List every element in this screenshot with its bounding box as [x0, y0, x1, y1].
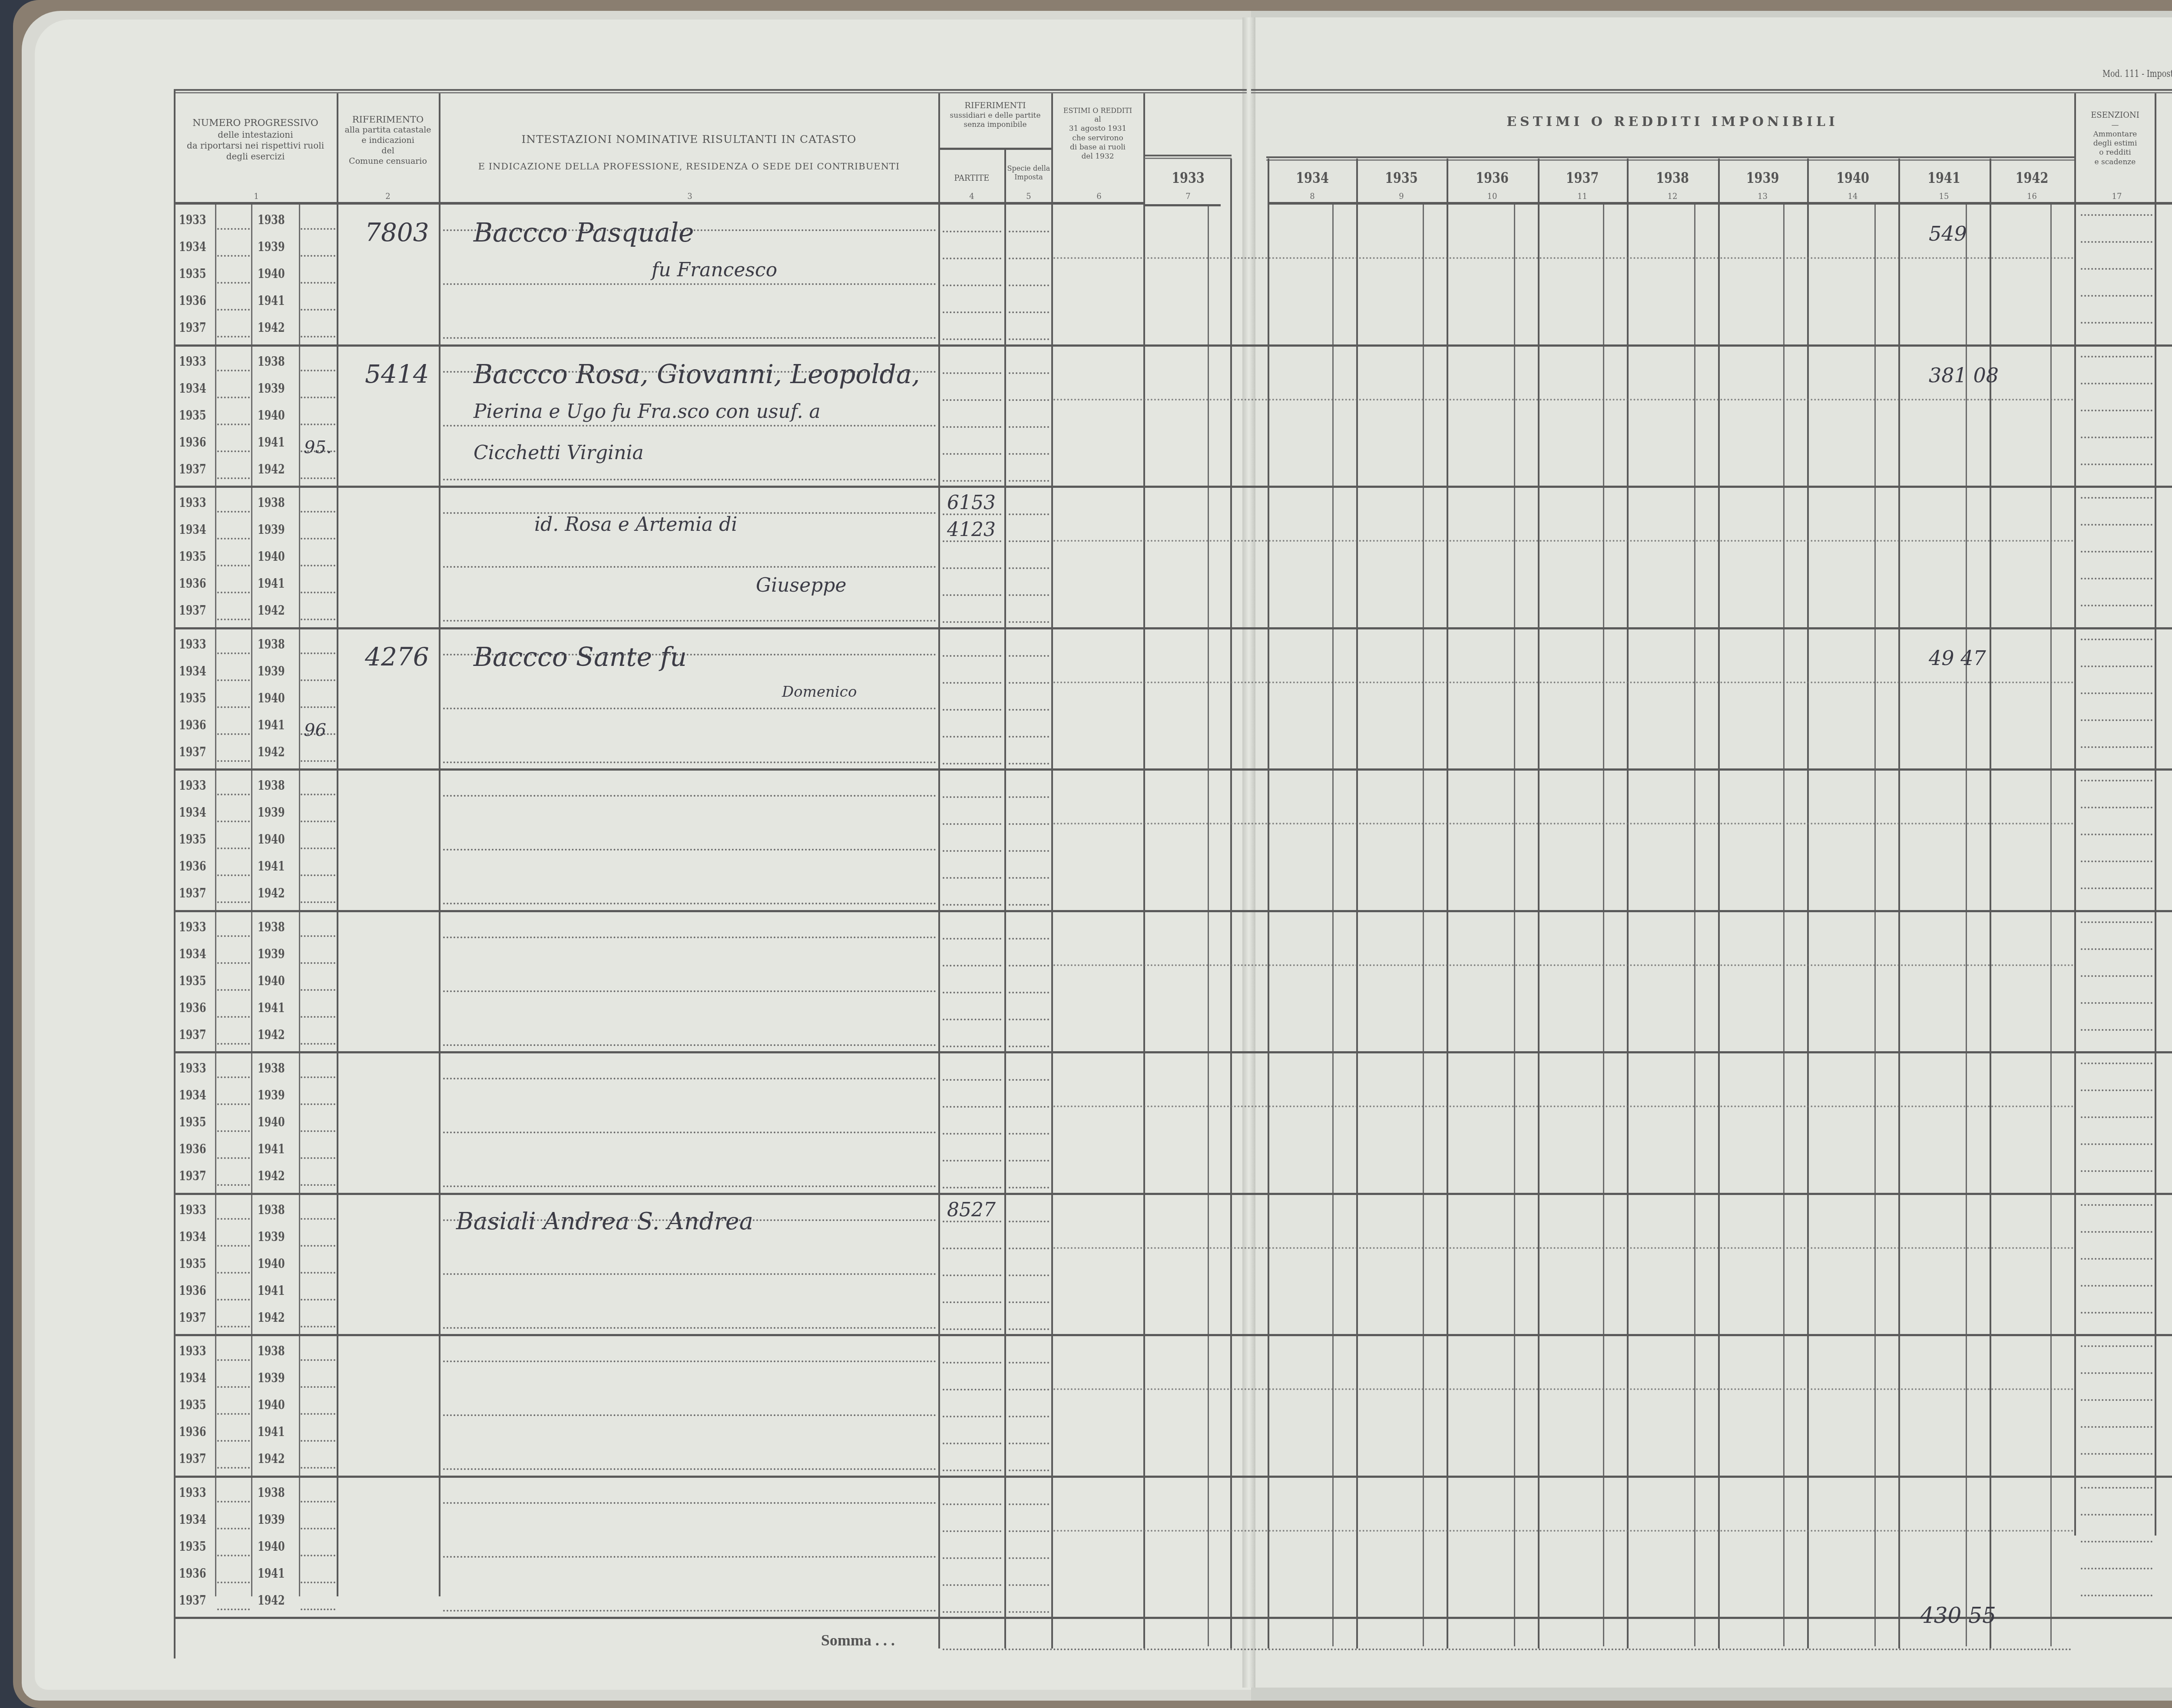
income-dotted-line	[1053, 1388, 2074, 1390]
row-dotted-line	[217, 733, 250, 735]
row-dotted-line	[301, 370, 335, 371]
header-col2: RIFERIMENTO alla partita catastale e ind…	[338, 114, 438, 166]
row-dotted-line	[301, 1386, 335, 1388]
row-year-right: 1939	[258, 1229, 285, 1245]
row-year-left: 1937	[179, 603, 206, 618]
partite-dotted-line	[1009, 1530, 1049, 1532]
row-year-left: 1934	[179, 805, 206, 820]
header-col45: RIFERIMENTI sussidiari e delle partite s…	[939, 101, 1051, 129]
right-header-bottom-rule	[1268, 202, 2172, 205]
esenzioni-dotted-line	[2081, 1399, 2152, 1401]
year-col-sep	[1356, 159, 1358, 1648]
header-year-1937: 1937	[1547, 169, 1618, 187]
partite-dotted-line	[1009, 992, 1049, 993]
partite-dotted-line	[943, 1046, 1001, 1047]
row-dotted-line	[217, 1272, 250, 1274]
income-dotted-line	[1053, 823, 2074, 824]
row-dotted-line	[301, 901, 335, 903]
header-year-1934: 1934	[1277, 169, 1348, 187]
row-dotted-line	[217, 1413, 250, 1415]
row-year-right: 1940	[258, 1256, 285, 1271]
row-dotted-line	[301, 1440, 335, 1442]
partite-dotted-line	[943, 655, 1001, 657]
row-year-left: 1933	[179, 354, 206, 369]
row-dotted-line	[301, 1130, 335, 1132]
partite-dotted-line	[943, 1301, 1001, 1303]
row-year-right: 1940	[258, 266, 285, 281]
row-year-right: 1941	[258, 293, 285, 308]
partite-dotted-line	[1009, 453, 1049, 455]
row-dotted-line	[301, 424, 335, 425]
row-year-right: 1939	[258, 947, 285, 962]
row-dotted-line	[217, 1103, 250, 1105]
row-year-left: 1937	[179, 886, 206, 901]
partite-dotted-line	[943, 1584, 1001, 1586]
partite-dotted-line	[943, 231, 1001, 232]
row-year-right: 1941	[258, 576, 285, 591]
row-year-right: 1942	[258, 745, 285, 760]
row-dotted-line	[301, 619, 335, 620]
row-year-left: 1936	[179, 859, 206, 874]
row-year-right: 1938	[258, 1485, 285, 1500]
esenzioni-dotted-line	[2081, 383, 2152, 384]
esenzioni-dotted-line	[2081, 692, 2152, 694]
esenzioni-dotted-line	[2081, 1029, 2152, 1031]
row-year-right: 1941	[258, 435, 285, 450]
row-year-right: 1941	[258, 1566, 285, 1581]
partite-dotted-line	[1009, 1019, 1049, 1020]
income-dotted-line	[1053, 1247, 2074, 1249]
esenzioni-dotted-line	[2081, 214, 2152, 216]
partite-dotted-line	[943, 1470, 1001, 1471]
header-esenzioni-title: ESENZIONI	[2076, 111, 2155, 121]
row-dotted-line	[301, 1413, 335, 1415]
colnum-8: 8	[1306, 192, 1319, 201]
partite-dotted-line	[1009, 258, 1049, 259]
colnum-13: 13	[1756, 192, 1769, 201]
colnum-15: 15	[1937, 192, 1950, 201]
colnum-16: 16	[2026, 192, 2039, 201]
name-dotted-line	[443, 425, 936, 427]
partite-dotted-line	[1009, 736, 1049, 738]
row-dotted-line	[217, 1130, 250, 1132]
intestazione-line: Baccco Sante fu	[473, 642, 687, 672]
header-col1-line: da riportarsi nei rispettivi ruoli	[175, 140, 336, 151]
esenzioni-dotted-line	[2081, 1426, 2152, 1428]
row-year-right: 1938	[258, 1061, 285, 1076]
esenzioni-dotted-line	[2081, 1002, 2152, 1004]
partite-dotted-line	[1009, 621, 1049, 623]
header-col3-title: INTESTAZIONI NOMINATIVE RISULTANTI IN CA…	[440, 132, 938, 146]
name-dotted-line	[443, 1414, 936, 1416]
col1-sep-a	[215, 204, 216, 1596]
row-dotted-line	[301, 228, 335, 230]
partite-dotted-line	[1009, 1328, 1049, 1330]
row-dotted-line	[301, 652, 335, 654]
row-year-left: 1937	[179, 1027, 206, 1043]
row-dotted-line	[301, 1326, 335, 1327]
esenzioni-dotted-line	[2081, 1345, 2152, 1347]
row-year-right: 1938	[258, 495, 285, 510]
row-dotted-line	[217, 1157, 250, 1159]
esenzioni-dotted-line	[2081, 1568, 2152, 1569]
esenzioni-dotted-line	[2081, 356, 2152, 357]
partite-dotted-line	[943, 285, 1001, 286]
row-year-right: 1941	[258, 1283, 285, 1298]
row-dotted-line	[217, 336, 250, 338]
income-1941-value: 381 08	[1929, 364, 1999, 387]
row-dotted-line	[217, 706, 250, 708]
intestazione-line: Giuseppe	[756, 574, 847, 596]
col-sep-1-2	[337, 93, 338, 1596]
spine-gutter	[1242, 17, 1255, 1688]
esenzioni-dotted-line	[2081, 497, 2152, 499]
partite-dotted-line	[1009, 513, 1049, 515]
row-year-left: 1936	[179, 1424, 206, 1440]
block-separator	[174, 768, 2172, 771]
income-dotted-line	[1053, 540, 2074, 542]
name-dotted-line	[443, 1273, 936, 1275]
col45-header-rule	[938, 148, 1052, 150]
col-sep-4-5	[1004, 150, 1006, 1648]
row-dotted-line	[301, 1359, 335, 1361]
row-year-right: 1940	[258, 832, 285, 847]
partite-dotted-line	[1009, 1611, 1049, 1613]
form-code: Mod. 111 - Imposte Dirette (Intercalare)…	[2102, 69, 2172, 79]
name-dotted-line	[443, 903, 936, 904]
partite-dotted-line	[943, 1611, 1001, 1613]
partite-dotted-line	[1009, 1160, 1049, 1162]
partite-dotted-line	[943, 594, 1001, 596]
partite-dotted-line	[943, 1133, 1001, 1135]
block-separator	[174, 1193, 2172, 1195]
row-year-right: 1942	[258, 1451, 285, 1466]
row-dotted-line	[217, 565, 250, 566]
esenzioni-dotted-line	[2081, 639, 2152, 640]
row-year-left: 1936	[179, 1566, 206, 1581]
esenzioni-dotted-line	[2081, 241, 2152, 243]
header-col1-line: delle intestazioni	[175, 129, 336, 140]
row-dotted-line	[301, 336, 335, 338]
esenzioni-dotted-line	[2081, 1595, 2152, 1596]
row-dotted-line	[217, 511, 250, 513]
partite-dotted-line	[943, 338, 1001, 340]
row-dotted-line	[217, 228, 250, 230]
row-year-left: 1933	[179, 212, 206, 228]
header-col6-line: al	[1052, 115, 1143, 124]
row-dotted-line	[217, 282, 250, 284]
partite-dotted-line	[1009, 1557, 1049, 1559]
row-year-left: 1936	[179, 1142, 206, 1157]
row-year-right: 1940	[258, 691, 285, 706]
row-year-left: 1933	[179, 1344, 206, 1359]
row-year-right: 1938	[258, 920, 285, 935]
name-dotted-line	[443, 337, 936, 339]
name-dotted-line	[443, 1556, 936, 1558]
name-dotted-line	[443, 620, 936, 622]
row-dotted-line	[301, 565, 335, 566]
row-year-right: 1938	[258, 354, 285, 369]
row-year-right: 1940	[258, 1115, 285, 1130]
row-dotted-line	[217, 989, 250, 991]
header-col6-line: di base ai ruoli	[1052, 143, 1143, 152]
row-year-right: 1939	[258, 805, 285, 820]
row-year-left: 1933	[179, 920, 206, 935]
header-col6: ESTIMI O REDDITI al 31 agosto 1931 che s…	[1052, 106, 1143, 161]
row-year-right: 1938	[258, 778, 285, 793]
partite-dotted-line	[943, 736, 1001, 738]
row-year-right: 1942	[258, 462, 285, 477]
row-year-left: 1934	[179, 381, 206, 396]
income-dotted-line	[1053, 257, 2074, 259]
header-col45-title: RIFERIMENTI	[939, 101, 1051, 111]
row-dotted-line	[217, 619, 250, 620]
right-years-left	[1268, 159, 1269, 1648]
header-col2-line: del	[338, 146, 438, 156]
partite-dotted-line	[943, 311, 1001, 313]
esenzioni-left	[2074, 93, 2076, 1536]
row-year-left: 1936	[179, 293, 206, 308]
progressive-note: 95.	[304, 437, 332, 457]
row-dotted-line	[301, 1609, 335, 1610]
partite-dotted-line	[943, 567, 1001, 569]
colnum-17: 17	[2110, 192, 2123, 201]
partite-dotted-line	[943, 709, 1001, 711]
row-dotted-line	[301, 962, 335, 964]
row-dotted-line	[217, 1043, 250, 1045]
row-year-right: 1940	[258, 549, 285, 564]
esenzioni-dotted-line	[2081, 887, 2152, 889]
row-dotted-line	[217, 1326, 250, 1327]
partite-dotted-line	[1009, 796, 1049, 798]
row-year-left: 1934	[179, 239, 206, 255]
row-dotted-line	[301, 282, 335, 284]
header-col2-line: alla partita catastale	[338, 125, 438, 136]
row-year-left: 1933	[179, 495, 206, 510]
row-year-right: 1939	[258, 1370, 285, 1386]
income-dotted-line	[1053, 1106, 2074, 1107]
esenzioni-dotted-line	[2081, 1514, 2152, 1516]
esenzioni-dotted-line	[2081, 295, 2152, 297]
colnum-2: 2	[384, 192, 392, 201]
row-year-right: 1938	[258, 212, 285, 228]
row-year-left: 1935	[179, 1539, 206, 1554]
col7-split	[1208, 204, 1209, 1646]
header-esenzioni-dash: —	[2076, 121, 2155, 130]
esenzioni-dotted-line	[2081, 1487, 2152, 1489]
row-year-right: 1939	[258, 1088, 285, 1103]
row-year-right: 1939	[258, 239, 285, 255]
esenzioni-dotted-line	[2081, 921, 2152, 923]
partite-dotted-line	[943, 938, 1001, 940]
row-year-right: 1941	[258, 1000, 285, 1016]
riferimento-value: 7803	[365, 218, 429, 247]
header-year-1941: 1941	[1907, 169, 1980, 187]
partite-dotted-line	[943, 1019, 1001, 1020]
row-dotted-line	[217, 424, 250, 425]
header-col2-line: e indicazioni	[338, 136, 438, 146]
income-dotted-line	[1053, 682, 2074, 683]
row-year-right: 1942	[258, 1027, 285, 1043]
block-separator	[174, 486, 2172, 488]
row-dotted-line	[217, 1501, 250, 1503]
name-dotted-line	[443, 1185, 936, 1187]
header-esenzioni: ESENZIONI — Ammontare degli estimi o red…	[2076, 111, 2155, 167]
row-dotted-line	[217, 1609, 250, 1610]
esenzioni-dotted-line	[2081, 948, 2152, 950]
year-col-cents-sep	[1966, 204, 1967, 1646]
header-esenzioni-line: o redditi	[2076, 148, 2155, 157]
row-dotted-line	[301, 760, 335, 762]
row-dotted-line	[301, 935, 335, 937]
colnum-6: 6	[1095, 192, 1103, 201]
partita-value: 6153	[947, 492, 996, 514]
row-year-left: 1933	[179, 778, 206, 793]
row-dotted-line	[301, 477, 335, 479]
header-col3-subtitle: E INDICAZIONE DELLA PROFESSIONE, RESIDEN…	[440, 161, 938, 172]
row-dotted-line	[217, 1016, 250, 1018]
name-dotted-line	[443, 1327, 936, 1329]
col7-header-bottom-rule	[1145, 204, 1221, 206]
header-esenzioni-line: degli estimi	[2076, 139, 2155, 148]
partite-dotted-line	[1009, 399, 1049, 401]
partite-dotted-line	[943, 621, 1001, 623]
intestazione-line: Baccco Rosa, Giovanni, Leopolda,	[473, 359, 920, 390]
row-year-left: 1935	[179, 549, 206, 564]
row-dotted-line	[217, 255, 250, 257]
block-separator	[174, 1476, 2172, 1478]
row-year-left: 1936	[179, 1283, 206, 1298]
row-year-right: 1942	[258, 1310, 285, 1325]
year-col-sep	[1627, 159, 1629, 1648]
colnum-4: 4	[967, 192, 976, 201]
intestazione-line: Basiali Andrea S. Andrea	[456, 1208, 753, 1235]
row-year-left: 1933	[179, 637, 206, 652]
row-dotted-line	[301, 989, 335, 991]
row-year-left: 1937	[179, 1593, 206, 1608]
annotazioni-left	[2155, 93, 2156, 1536]
header-year-1935: 1935	[1365, 169, 1437, 187]
header-esenzioni-line: e scadenze	[2076, 158, 2155, 167]
header-col2-title: RIFERIMENTO	[338, 114, 438, 125]
intestazione-line: Cicchetti Virginia	[473, 442, 644, 464]
partite-dotted-line	[1009, 285, 1049, 286]
partite-dotted-line	[1009, 372, 1049, 374]
year-col-cents-sep	[1514, 204, 1515, 1646]
row-year-right: 1938	[258, 1344, 285, 1359]
partita-value: 4123	[947, 519, 996, 541]
esenzioni-dotted-line	[2081, 578, 2152, 579]
partite-dotted-line	[943, 453, 1001, 455]
partite-dotted-line	[943, 763, 1001, 765]
header-year-1940: 1940	[1816, 169, 1889, 187]
row-dotted-line	[301, 847, 335, 849]
row-dotted-line	[217, 538, 250, 540]
row-year-left: 1936	[179, 718, 206, 733]
partite-dotted-line	[1009, 904, 1049, 906]
partite-dotted-line	[943, 992, 1001, 993]
esenzioni-dotted-line	[2081, 1170, 2152, 1172]
partite-dotted-line	[1009, 1187, 1049, 1188]
partite-dotted-line	[943, 1503, 1001, 1505]
esenzioni-dotted-line	[2081, 780, 2152, 781]
row-year-right: 1939	[258, 1512, 285, 1527]
row-dotted-line	[217, 935, 250, 937]
row-year-right: 1939	[258, 664, 285, 679]
colnum-12: 12	[1666, 192, 1679, 201]
header-year-1942: 1942	[1998, 169, 2066, 187]
row-dotted-line	[301, 1272, 335, 1274]
row-year-right: 1942	[258, 886, 285, 901]
colnum-9: 9	[1395, 192, 1408, 201]
esenzioni-dotted-line	[2081, 665, 2152, 667]
year-col-sep	[1447, 159, 1448, 1648]
row-dotted-line	[217, 794, 250, 795]
partite-dotted-line	[1009, 1416, 1049, 1417]
partite-dotted-line	[943, 1187, 1001, 1188]
partite-dotted-line	[1009, 938, 1049, 940]
partite-dotted-line	[943, 904, 1001, 906]
esenzioni-dotted-line	[2081, 1258, 2152, 1260]
partite-dotted-line	[943, 372, 1001, 374]
partite-dotted-line	[1009, 338, 1049, 340]
partite-dotted-line	[943, 1160, 1001, 1162]
esenzioni-dotted-line	[2081, 719, 2152, 721]
header-col6-line: del 1932	[1052, 152, 1143, 161]
row-dotted-line	[301, 1157, 335, 1159]
row-dotted-line	[217, 1299, 250, 1301]
row-dotted-line	[217, 592, 250, 593]
header-col6-title: ESTIMI O REDDITI	[1052, 106, 1143, 115]
row-dotted-line	[301, 1528, 335, 1529]
year-col-cents-sep	[1603, 204, 1604, 1646]
row-dotted-line	[301, 679, 335, 681]
esenzioni-dotted-line	[2081, 807, 2152, 808]
row-dotted-line	[301, 255, 335, 257]
row-dotted-line	[217, 1528, 250, 1529]
partite-dotted-line	[1009, 1221, 1049, 1222]
header-col45-line: senza imponibile	[939, 120, 1051, 129]
row-dotted-line	[217, 1245, 250, 1247]
row-dotted-line	[217, 679, 250, 681]
partite-dotted-line	[1009, 823, 1049, 825]
row-year-left: 1934	[179, 1512, 206, 1527]
row-dotted-line	[217, 760, 250, 762]
row-year-right: 1939	[258, 381, 285, 396]
colnum-10: 10	[1486, 192, 1499, 201]
row-dotted-line	[301, 1299, 335, 1301]
partite-dotted-line	[943, 1530, 1001, 1532]
esenzioni-dotted-line	[2081, 463, 2152, 465]
col7-header-rule	[1145, 155, 1232, 159]
row-dotted-line	[217, 1076, 250, 1078]
partite-dotted-line	[943, 1443, 1001, 1444]
partite-dotted-line	[1009, 1362, 1049, 1364]
esenzioni-dotted-line	[2081, 1089, 2152, 1091]
header-col1-line: degli esercizi	[175, 151, 336, 162]
row-year-left: 1935	[179, 1397, 206, 1413]
row-year-left: 1937	[179, 1310, 206, 1325]
header-esenzioni-line: Ammontare	[2076, 130, 2155, 139]
col-sep-2-3	[439, 93, 440, 1596]
right-years-header-rule	[1266, 156, 2074, 161]
row-dotted-line	[301, 1184, 335, 1186]
header-col1: NUMERO PROGRESSIVO delle intestazioni da…	[175, 117, 336, 162]
income-1941-value: 549	[1929, 222, 1967, 245]
year-col-cents-sep	[1783, 204, 1785, 1646]
header-year-1938: 1938	[1636, 169, 1709, 187]
row-dotted-line	[217, 1440, 250, 1442]
